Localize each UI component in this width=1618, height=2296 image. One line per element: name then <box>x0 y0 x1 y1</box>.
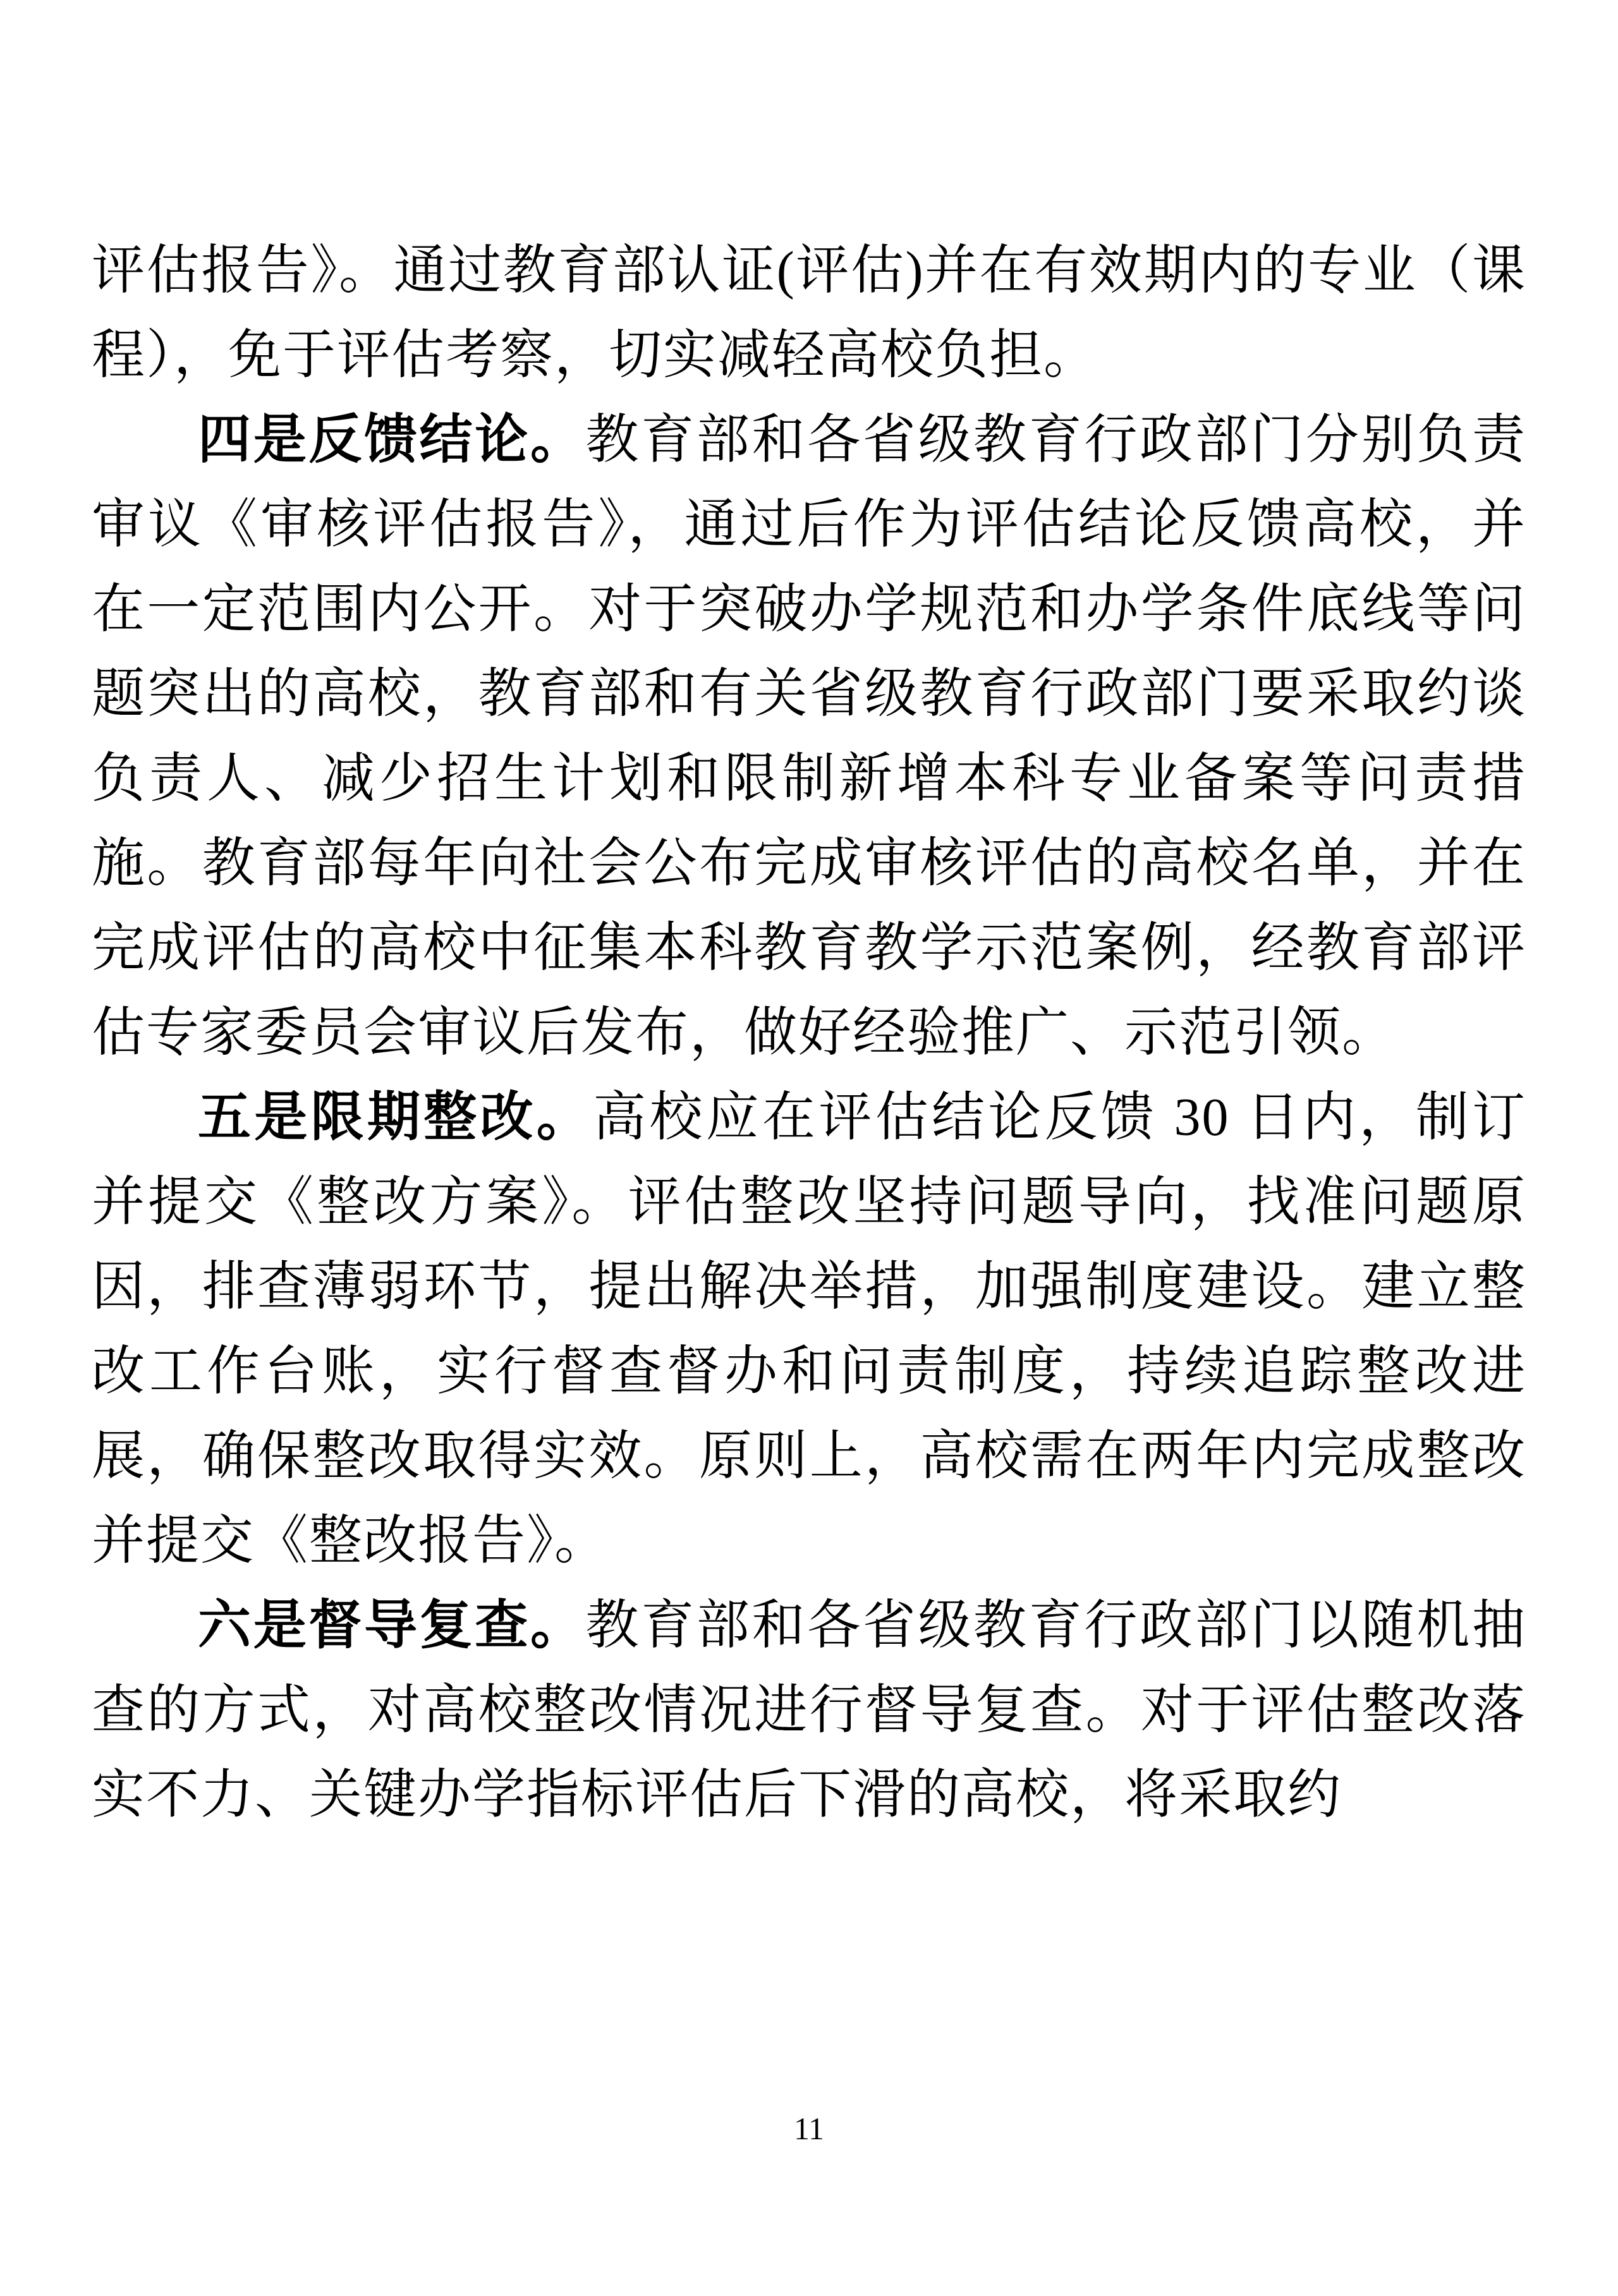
document-page: 评估报告》。通过教育部认证(评估)并在有效期内的专业（课程），免于评估考察，切实… <box>0 0 1618 2296</box>
paragraph-text: 高校应在评估结论反馈 30 日内，制订并提交《整改方案》。评估整改坚持问题导向，… <box>92 1088 1526 1570</box>
paragraph-text: 评估报告》。通过教育部认证(评估)并在有效期内的专业（课程），免于评估考察，切实… <box>92 241 1526 385</box>
paragraph-lead: 六是督导复查。 <box>198 1596 586 1655</box>
paragraph: 六是督导复查。教育部和各省级教育行政部门以随机抽查的方式，对高校整改情况进行督导… <box>92 1584 1526 1838</box>
paragraph: 四是反馈结论。教育部和各省级教育行政部门分别负责审议《审核评估报告》，通过后作为… <box>92 398 1526 1076</box>
paragraph: 评估报告》。通过教育部认证(评估)并在有效期内的专业（课程），免于评估考察，切实… <box>92 229 1526 398</box>
page-number: 11 <box>0 2110 1618 2147</box>
paragraph: 五是限期整改。高校应在评估结论反馈 30 日内，制订并提交《整改方案》。评估整改… <box>92 1076 1526 1584</box>
paragraph-lead: 五是限期整改。 <box>198 1088 593 1147</box>
document-body: 评估报告》。通过教育部认证(评估)并在有效期内的专业（课程），免于评估考察，切实… <box>92 229 1526 1838</box>
paragraph-text: 教育部和各省级教育行政部门分别负责审议《审核评估报告》，通过后作为评估结论反馈高… <box>92 411 1526 1062</box>
paragraph-lead: 四是反馈结论。 <box>198 411 586 470</box>
